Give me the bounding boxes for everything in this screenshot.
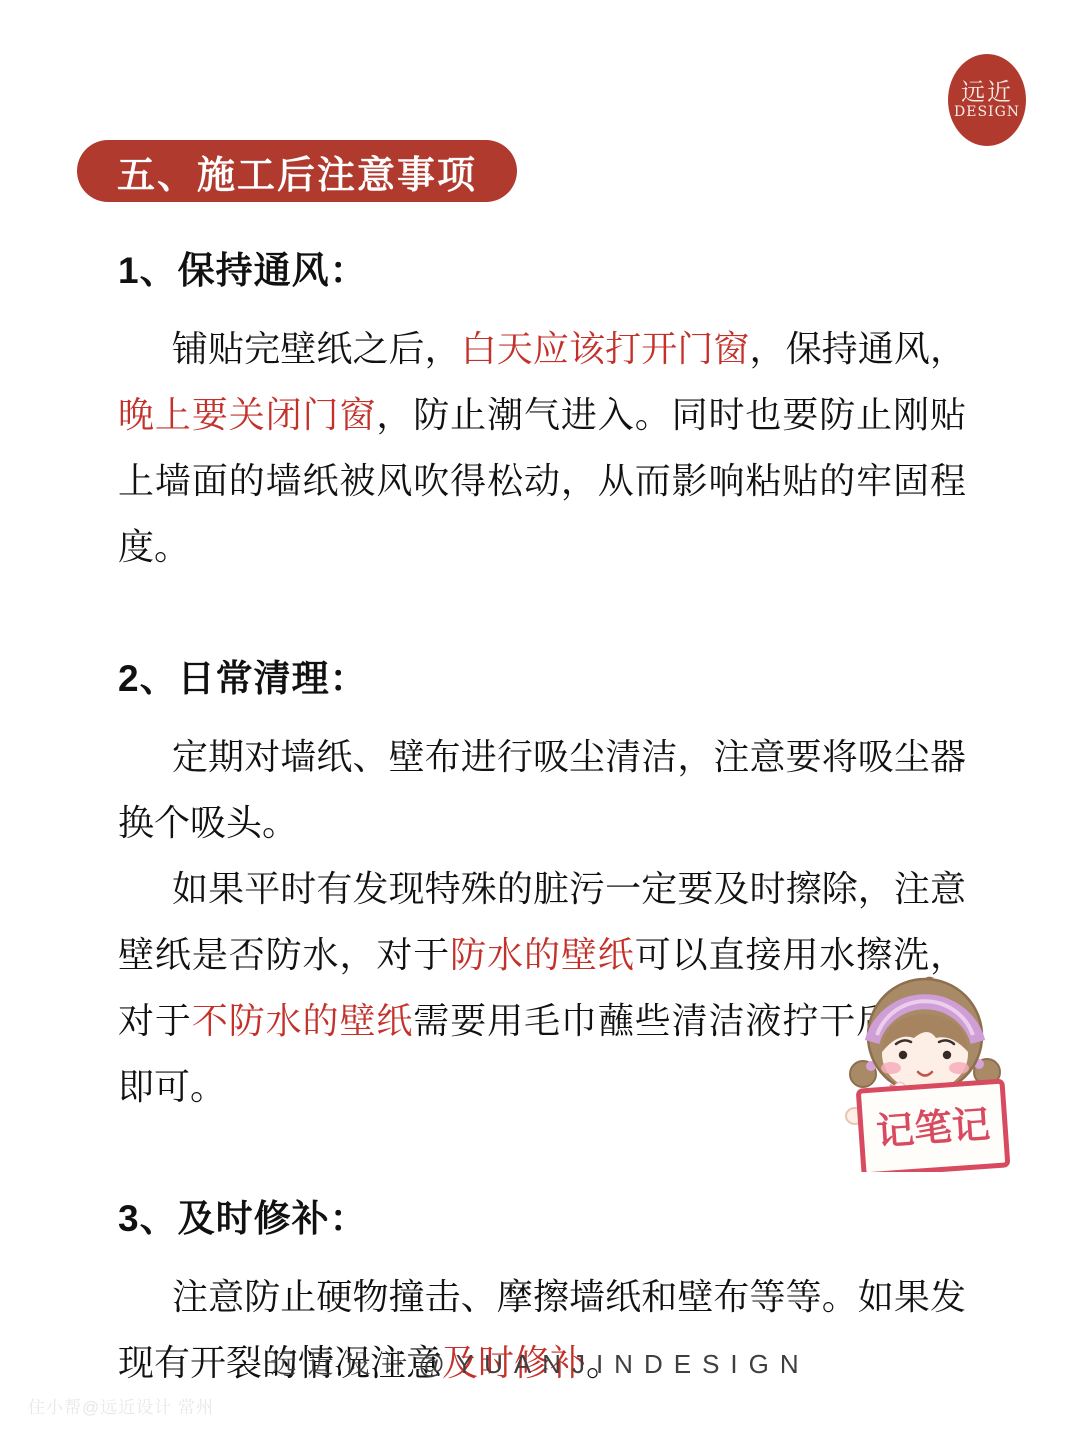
section: 1、保持通风：铺贴完壁纸之后，白天应该打开门窗，保持通风，晚上要关闭门窗，防止潮… bbox=[118, 238, 966, 580]
brand-logo-cn-text: 远近 bbox=[961, 80, 1013, 105]
footer-credit: 远近设计@YUANJINDESIGN bbox=[0, 1344, 1080, 1381]
highlight-text: 晚上要关闭门窗 bbox=[118, 394, 376, 435]
section: 2、日常清理：定期对墙纸、壁布进行吸尘清洁，注意要将吸尘器换个吸头。如果平时有发… bbox=[118, 646, 966, 1120]
mascot-blush-right bbox=[949, 1062, 969, 1074]
section-heading: 3、及时修补： bbox=[118, 1186, 966, 1252]
highlight-text: 不防水的壁纸 bbox=[192, 1000, 413, 1041]
section-heading: 1、保持通风： bbox=[118, 238, 966, 304]
body-text: 定期对墙纸、壁布进行吸尘清洁，注意要将吸尘器换个吸头。 bbox=[118, 736, 966, 843]
poster-page: 远近 DESIGN 五、施工后注意事项 1、保持通风：铺贴完壁纸之后，白天应该打… bbox=[0, 0, 1080, 1443]
paragraph: 铺贴完壁纸之后，白天应该打开门窗，保持通风，晚上要关闭门窗，防止潮气进入。同时也… bbox=[118, 316, 966, 580]
section-title-badge: 五、施工后注意事项 bbox=[77, 140, 517, 202]
paragraph: 定期对墙纸、壁布进行吸尘清洁，注意要将吸尘器换个吸头。 bbox=[118, 724, 966, 856]
mascot-sign: 记笔记 bbox=[858, 1081, 1008, 1172]
mascot-girl-illustration: 记笔记 bbox=[840, 972, 1010, 1172]
section-heading: 2、日常清理： bbox=[118, 646, 966, 712]
mascot-eye-left bbox=[899, 1051, 907, 1059]
mascot-eye-right bbox=[943, 1051, 951, 1059]
watermark-text: 住小帮@远近设计 常州 bbox=[28, 1393, 214, 1418]
content: 1、保持通风：铺贴完壁纸之后，白天应该打开门窗，保持通风，晚上要关闭门窗，防止潮… bbox=[118, 238, 966, 1396]
brand-logo: 远近 DESIGN bbox=[948, 54, 1026, 146]
highlight-text: 防水的壁纸 bbox=[450, 934, 635, 975]
mascot-blush-left bbox=[881, 1062, 901, 1074]
mascot-sign-text: 记笔记 bbox=[875, 1104, 992, 1154]
body-text: ，保持通风， bbox=[750, 328, 966, 369]
section-title-text: 五、施工后注意事项 bbox=[117, 144, 477, 199]
body-text: 铺贴完壁纸之后， bbox=[172, 328, 461, 369]
brand-logo-en-text: DESIGN bbox=[954, 105, 1020, 120]
paragraph: 如果平时有发现特殊的脏污一定要及时擦除，注意壁纸是否防水，对于防水的壁纸可以直接… bbox=[118, 856, 966, 1120]
highlight-text: 白天应该打开门窗 bbox=[461, 328, 750, 369]
